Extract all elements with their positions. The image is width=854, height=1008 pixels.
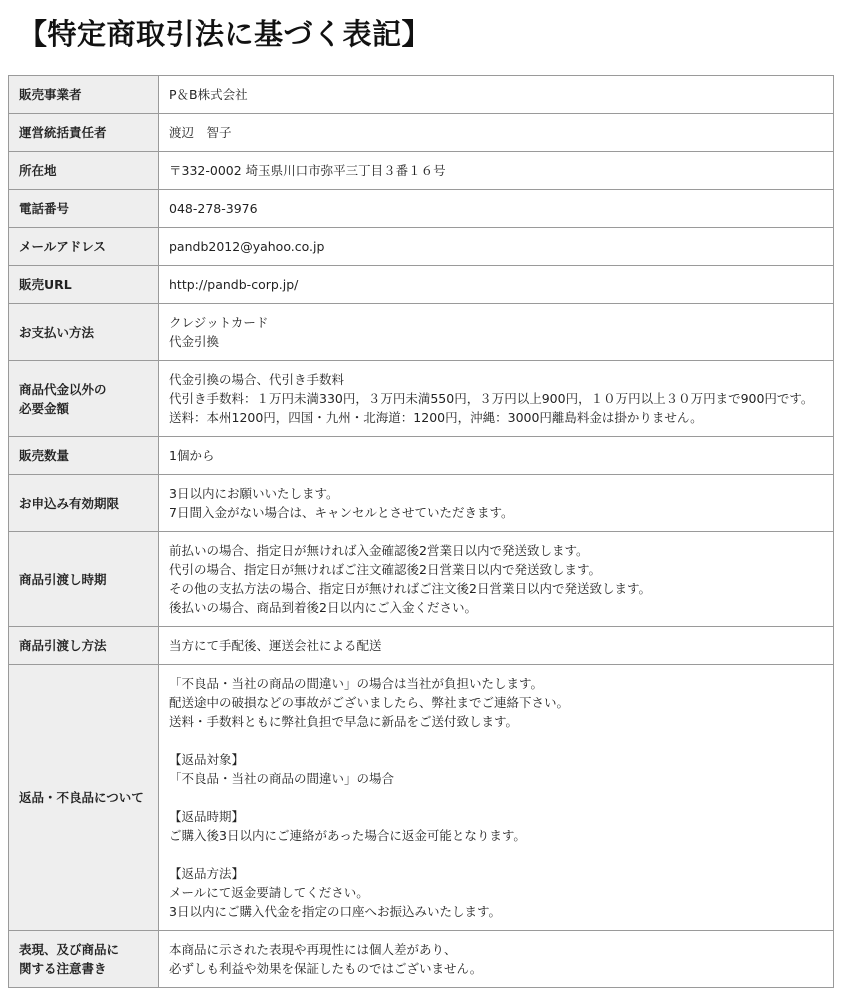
row-value: 1個から — [159, 437, 834, 475]
row-label-line: 必要金額 — [19, 399, 148, 418]
row-value-line: 【返品方法】 — [169, 864, 823, 883]
row-label: 運営統括責任者 — [9, 114, 159, 152]
table-row-order-validity: お申込み有効期限3日以内にお願いいたします。7日間入金がない場合は、キャンセルと… — [9, 475, 834, 532]
row-label: 販売URL — [9, 266, 159, 304]
row-value-line: クレジットカード — [169, 313, 823, 332]
row-value-line — [169, 788, 823, 807]
row-label-line: 関する注意書き — [19, 959, 148, 978]
row-value-line — [169, 845, 823, 864]
row-label-line: 販売事業者 — [19, 85, 148, 104]
row-label: 返品・不良品について — [9, 665, 159, 931]
row-value-line: 代金引換 — [169, 332, 823, 351]
row-value: 048-278-3976 — [159, 190, 834, 228]
row-label: 商品引渡し時期 — [9, 532, 159, 627]
row-label: メールアドレス — [9, 228, 159, 266]
row-value: 当方にて手配後、運送会社による配送 — [159, 627, 834, 665]
row-value-line: ご購入後3日以内にご連絡があった場合に返金可能となります。 — [169, 826, 823, 845]
row-value-line: 1個から — [169, 446, 823, 465]
table-row-returns: 返品・不良品について「不良品・当社の商品の間違い」の場合は当社が負担いたします。… — [9, 665, 834, 931]
row-value-line: P＆B株式会社 — [169, 85, 823, 104]
row-value-line: 3日以内にご購入代金を指定の口座へお振込みいたします。 — [169, 902, 823, 921]
row-label: 販売事業者 — [9, 76, 159, 114]
row-value-line: 代引の場合、指定日が無ければご注文確認後2日営業日以内で発送致します。 — [169, 560, 823, 579]
row-label-line: 運営統括責任者 — [19, 123, 148, 142]
row-label-line: お申込み有効期限 — [19, 494, 148, 513]
row-value: 前払いの場合、指定日が無ければ入金確認後2営業日以内で発送致します。代引の場合、… — [159, 532, 834, 627]
row-value: pandb2012@yahoo.co.jp — [159, 228, 834, 266]
row-value-line: 「不良品・当社の商品の間違い」の場合は当社が負担いたします。 — [169, 674, 823, 693]
row-value-line: 渡辺 智子 — [169, 123, 823, 142]
row-value: 「不良品・当社の商品の間違い」の場合は当社が負担いたします。配送途中の破損などの… — [159, 665, 834, 931]
table-row-additional-fees: 商品代金以外の必要金額代金引換の場合、代引き手数料代引き手数料：１万円未満330… — [9, 361, 834, 437]
row-label: お支払い方法 — [9, 304, 159, 361]
row-label-line: 商品引渡し時期 — [19, 570, 148, 589]
row-value: 渡辺 智子 — [159, 114, 834, 152]
table-row-delivery-method: 商品引渡し方法当方にて手配後、運送会社による配送 — [9, 627, 834, 665]
row-label-line: 返品・不良品について — [19, 788, 148, 807]
table-row-address: 所在地〒332-0002 埼玉県川口市弥平三丁目３番１６号 — [9, 152, 834, 190]
table-row-payment-method: お支払い方法クレジットカード代金引換 — [9, 304, 834, 361]
row-label-line: 販売URL — [19, 275, 148, 294]
row-label: 販売数量 — [9, 437, 159, 475]
table-row-delivery-timing: 商品引渡し時期前払いの場合、指定日が無ければ入金確認後2営業日以内で発送致します… — [9, 532, 834, 627]
row-value-line: その他の支払方法の場合、指定日が無ければご注文後2日営業日以内で発送致します。 — [169, 579, 823, 598]
commerce-law-table: 販売事業者P＆B株式会社運営統括責任者渡辺 智子所在地〒332-0002 埼玉県… — [8, 75, 834, 988]
row-value-line: http://pandb-corp.jp/ — [169, 275, 823, 294]
row-value-line: 代引き手数料：１万円未満330円，３万円未満550円，３万円以上900円，１０万… — [169, 389, 823, 408]
row-value-line: 配送途中の破損などの事故がございましたら、弊社までご連絡下さい。 — [169, 693, 823, 712]
table-row-sales-quantity: 販売数量1個から — [9, 437, 834, 475]
row-label: 表現、及び商品に関する注意書き — [9, 931, 159, 988]
row-label-line: 電話番号 — [19, 199, 148, 218]
row-label-line: 表現、及び商品に — [19, 940, 148, 959]
row-value-line: 〒332-0002 埼玉県川口市弥平三丁目３番１６号 — [169, 161, 823, 180]
row-value-line: 後払いの場合、商品到着後2日以内にご入金ください。 — [169, 598, 823, 617]
table-row-email: メールアドレスpandb2012@yahoo.co.jp — [9, 228, 834, 266]
table-row-phone: 電話番号048-278-3976 — [9, 190, 834, 228]
row-value-line: 代金引換の場合、代引き手数料 — [169, 370, 823, 389]
row-value-line: 【返品時期】 — [169, 807, 823, 826]
row-label: 商品代金以外の必要金額 — [9, 361, 159, 437]
table-row-manager: 運営統括責任者渡辺 智子 — [9, 114, 834, 152]
table-row-seller: 販売事業者P＆B株式会社 — [9, 76, 834, 114]
row-value-line: メールにて返金要請してください。 — [169, 883, 823, 902]
row-value-line: 【返品対象】 — [169, 750, 823, 769]
row-value-line: 必ずしも利益や効果を保証したものではございません。 — [169, 959, 823, 978]
row-value: 〒332-0002 埼玉県川口市弥平三丁目３番１６号 — [159, 152, 834, 190]
row-label-line: 所在地 — [19, 161, 148, 180]
row-value: 本商品に示された表現や再現性には個人差があり、必ずしも利益や効果を保証したもので… — [159, 931, 834, 988]
page-title: 【特定商取引法に基づく表記】 — [18, 12, 431, 56]
row-value-line: 048-278-3976 — [169, 199, 823, 218]
row-value: P＆B株式会社 — [159, 76, 834, 114]
row-value: クレジットカード代金引換 — [159, 304, 834, 361]
row-value: 3日以内にお願いいたします。7日間入金がない場合は、キャンセルとさせていただきま… — [159, 475, 834, 532]
row-value: 代金引換の場合、代引き手数料代引き手数料：１万円未満330円，３万円未満550円… — [159, 361, 834, 437]
row-value-line: 本商品に示された表現や再現性には個人差があり、 — [169, 940, 823, 959]
row-label-line: 商品引渡し方法 — [19, 636, 148, 655]
row-label: 商品引渡し方法 — [9, 627, 159, 665]
row-label: 所在地 — [9, 152, 159, 190]
row-label-line: お支払い方法 — [19, 323, 148, 342]
row-value-line: 前払いの場合、指定日が無ければ入金確認後2営業日以内で発送致します。 — [169, 541, 823, 560]
row-value-line: 「不良品・当社の商品の間違い」の場合 — [169, 769, 823, 788]
row-value-line: 7日間入金がない場合は、キャンセルとさせていただきます。 — [169, 503, 823, 522]
row-label-line: 販売数量 — [19, 446, 148, 465]
row-value-line: pandb2012@yahoo.co.jp — [169, 237, 823, 256]
row-value-line: 当方にて手配後、運送会社による配送 — [169, 636, 823, 655]
row-label-line: メールアドレス — [19, 237, 148, 256]
row-value-line: 送料・手数料ともに弊社負担で早急に新品をご送付致します。 — [169, 712, 823, 731]
row-label-line: 商品代金以外の — [19, 380, 148, 399]
row-value-line: 送料：本州1200円，四国・九州・北海道：1200円，沖縄：3000円離島料金は… — [169, 408, 823, 427]
row-label: お申込み有効期限 — [9, 475, 159, 532]
row-value: http://pandb-corp.jp/ — [159, 266, 834, 304]
row-label: 電話番号 — [9, 190, 159, 228]
row-value-line — [169, 731, 823, 750]
row-value-line: 3日以内にお願いいたします。 — [169, 484, 823, 503]
table-row-disclaimer: 表現、及び商品に関する注意書き本商品に示された表現や再現性には個人差があり、必ず… — [9, 931, 834, 988]
table-row-sales-url: 販売URLhttp://pandb-corp.jp/ — [9, 266, 834, 304]
